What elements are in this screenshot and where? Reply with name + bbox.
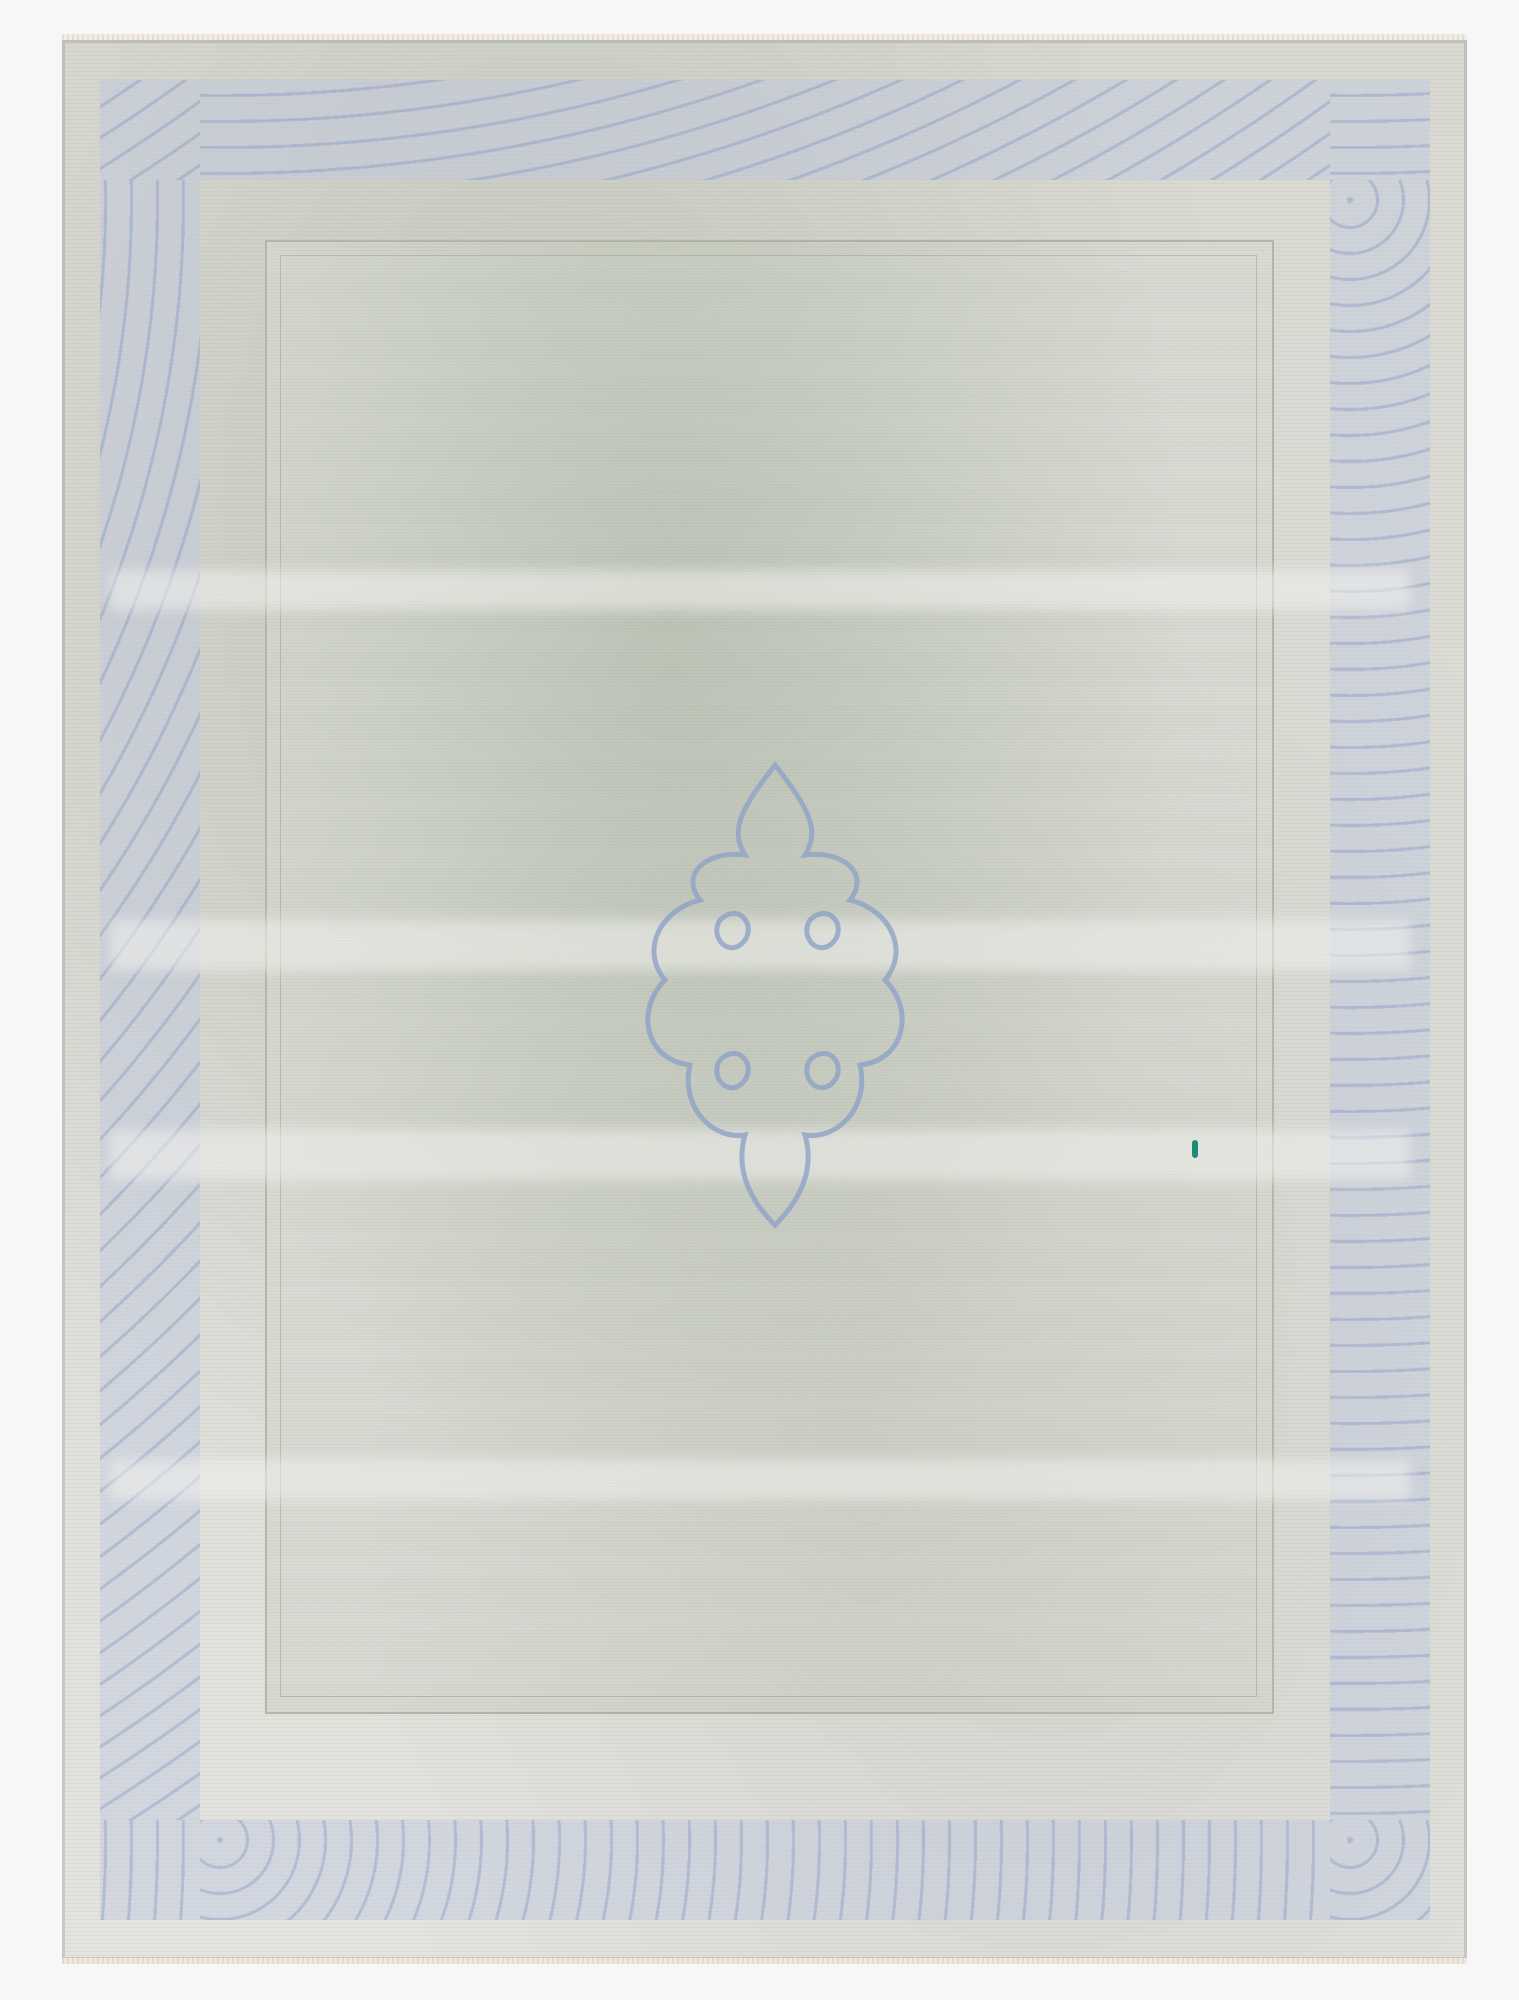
rug-medallion [620,760,930,1230]
wear-band [110,1460,1410,1500]
rug-fringe-bottom [62,1958,1467,1964]
wear-band [110,570,1410,610]
teal-stain [1192,1140,1198,1158]
